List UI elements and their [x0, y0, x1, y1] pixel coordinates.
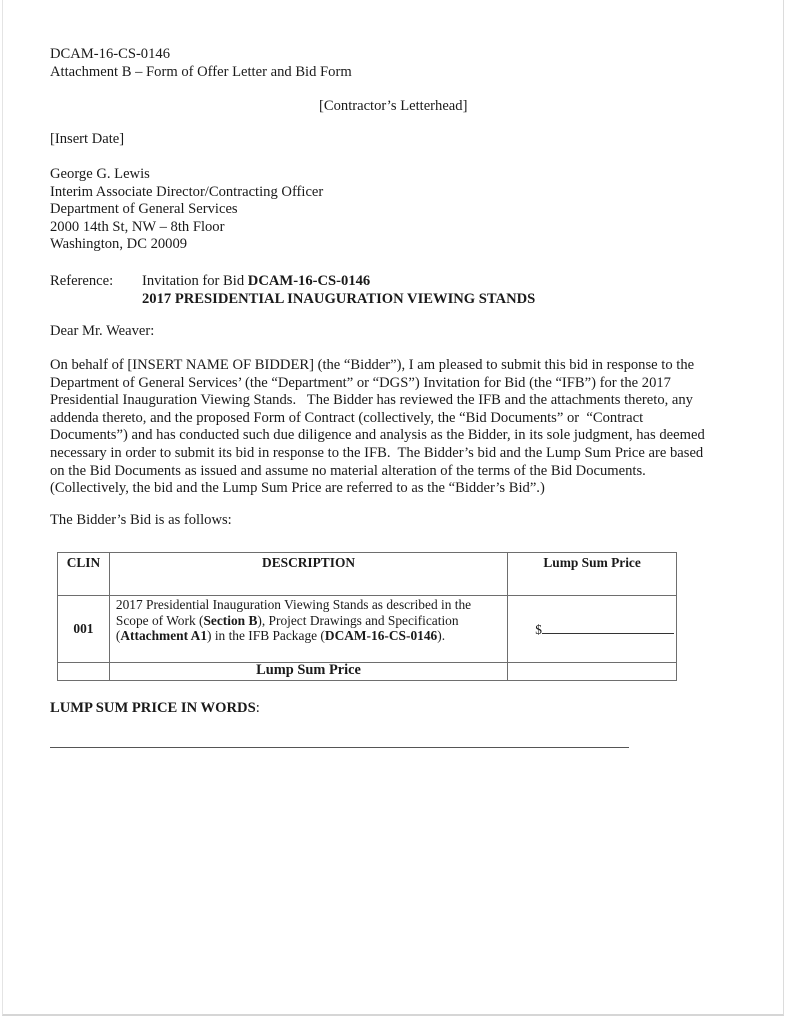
- date-placeholder: [Insert Date]: [50, 131, 124, 149]
- dollar-sign: $: [535, 622, 542, 638]
- header-lump-sum-price: Lump Sum Price: [508, 553, 677, 596]
- table-header-row: CLIN DESCRIPTION Lump Sum Price: [58, 553, 677, 596]
- body-line: (Collectively, the bid and the Lump Sum …: [50, 480, 705, 498]
- letterhead-placeholder: [Contractor’s Letterhead]: [319, 98, 467, 116]
- recipient-address: George G. Lewis Interim Associate Direct…: [50, 166, 323, 254]
- reference-lines: Invitation for Bid DCAM-16-CS-0146 2017 …: [142, 273, 535, 308]
- words-colon: :: [256, 700, 260, 716]
- description-cell: 2017 Presidential Inauguration Viewing S…: [109, 596, 507, 663]
- document-header: DCAM-16-CS-0146 Attachment B – Form of O…: [50, 46, 352, 81]
- recipient-street: 2000 14th St, NW – 8th Floor: [50, 219, 323, 237]
- body-line: on the Bid Documents as issued and assum…: [50, 463, 705, 481]
- body-line: Documents”) and has conducted such due d…: [50, 427, 705, 445]
- total-label: Lump Sum Price: [109, 663, 507, 681]
- bid-number: DCAM-16-CS-0146: [248, 273, 370, 289]
- bid-table: CLIN DESCRIPTION Lump Sum Price 001 2017…: [57, 552, 677, 681]
- body-paragraph: On behalf of [INSERT NAME OF BIDDER] (th…: [50, 357, 705, 498]
- body-line: necessary in order to submit its bid in …: [50, 445, 705, 463]
- header-description: DESCRIPTION: [109, 553, 507, 596]
- body-line: Presidential Inauguration Viewing Stands…: [50, 392, 705, 410]
- desc-package: DCAM-16-CS-0146: [325, 628, 437, 643]
- recipient-title: Interim Associate Director/Contracting O…: [50, 184, 323, 202]
- desc-section: Section B: [203, 613, 257, 628]
- body-line: addenda thereto, and the proposed Form o…: [50, 410, 705, 428]
- words-label-text: LUMP SUM PRICE IN WORDS: [50, 700, 256, 716]
- recipient-department: Department of General Services: [50, 201, 323, 219]
- body-line: Department of General Services’ (the “De…: [50, 375, 705, 393]
- document-page: DCAM-16-CS-0146 Attachment B – Form of O…: [2, 0, 784, 1016]
- reference-prefix: Invitation for Bid: [142, 273, 248, 289]
- desc-attachment: Attachment A1: [120, 628, 207, 643]
- price-in-words-line[interactable]: [50, 747, 629, 748]
- total-value-cell[interactable]: [508, 663, 677, 681]
- desc-text: ) in the IFB Package (: [207, 628, 325, 643]
- reference-line-1: Invitation for Bid DCAM-16-CS-0146: [142, 273, 535, 291]
- recipient-city: Washington, DC 20009: [50, 236, 323, 254]
- table-row: 001 2017 Presidential Inauguration Viewi…: [58, 596, 677, 663]
- attachment-title: Attachment B – Form of Offer Letter and …: [50, 64, 352, 82]
- body-line: On behalf of [INSERT NAME OF BIDDER] (th…: [50, 357, 705, 375]
- table-total-row: Lump Sum Price: [58, 663, 677, 681]
- price-cell: $: [508, 596, 677, 663]
- price-in-words-label: LUMP SUM PRICE IN WORDS:: [50, 700, 260, 718]
- project-title: 2017 PRESIDENTIAL INAUGURATION VIEWING S…: [142, 291, 535, 307]
- reference-label: Reference:: [50, 273, 113, 291]
- clin-cell: 001: [58, 596, 110, 663]
- header-clin: CLIN: [58, 553, 110, 596]
- recipient-name: George G. Lewis: [50, 166, 323, 184]
- salutation: Dear Mr. Weaver:: [50, 323, 154, 341]
- bid-intro: The Bidder’s Bid is as follows:: [50, 512, 232, 530]
- desc-text: ).: [437, 628, 445, 643]
- price-input-line[interactable]: [542, 620, 674, 634]
- reference-line-2: 2017 PRESIDENTIAL INAUGURATION VIEWING S…: [142, 291, 535, 309]
- total-empty-cell: [58, 663, 110, 681]
- document-number: DCAM-16-CS-0146: [50, 46, 352, 64]
